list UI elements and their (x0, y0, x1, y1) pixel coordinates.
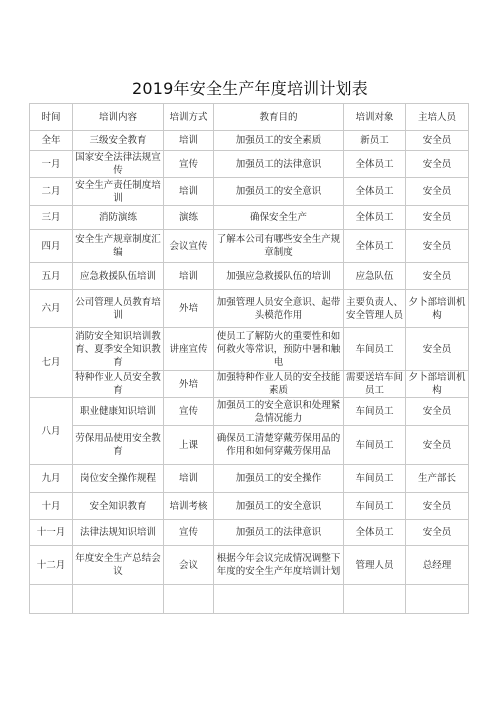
cell-target: 车间员工 (344, 398, 406, 426)
cell-time: 全年 (30, 131, 73, 151)
table-row: 十一月 法律法规知识培训 宣传 加强员工的法律意识 全体员工 安全员 (30, 520, 469, 546)
cell-purpose: 根据今年会议完成情况调整下年度的安全生产年度培训计划 (214, 546, 344, 585)
cell-purpose (214, 585, 344, 614)
table-row: 四月 安全生产规章制度汇编 会议宣传 了解本公司有哪些安全生产规章制度 全体员工… (30, 230, 469, 263)
table-row: 八月 职业健康知识培训 宣传 加强员工的安全意识和处理紧急情况能力 车间员工 安… (30, 398, 469, 426)
cell-purpose: 加强特种作业人员的安全技能素质 (214, 371, 344, 398)
cell-content: 职业健康知识培训 (73, 398, 164, 426)
cell-method (164, 585, 214, 614)
document-title: 2019年安全生产年度培训计划表 (0, 76, 500, 99)
cell-content: 消防演练 (73, 206, 164, 230)
cell-target: 新员工 (344, 131, 406, 151)
header-time: 时间 (30, 104, 73, 131)
cell-content: 国家安全法律法规宣传 (73, 151, 164, 178)
cell-method: 外培 (164, 371, 214, 398)
cell-method: 讲座宣传 (164, 328, 214, 371)
cell-method: 培训 (164, 131, 214, 151)
cell-content: 消防安全知识培训教育、夏季安全知识教育 (73, 328, 164, 371)
cell-purpose: 加强应急救援队伍的培训 (214, 263, 344, 290)
cell-content (73, 585, 164, 614)
cell-target: 全体员工 (344, 230, 406, 263)
cell-method: 宣传 (164, 520, 214, 546)
cell-trainer: 安全员 (406, 151, 469, 178)
cell-content: 劳保用品使用安全教育 (73, 426, 164, 465)
cell-target: 全体员工 (344, 178, 406, 206)
cell-target: 管理人员 (344, 546, 406, 585)
cell-target: 全体员工 (344, 206, 406, 230)
header-target: 培训对象 (344, 104, 406, 131)
cell-content: 安全知识教育 (73, 493, 164, 520)
table-row: 十二月 年度安全生产总结会议 会议 根据今年会议完成情况调整下年度的安全生产年度… (30, 546, 469, 585)
cell-trainer: 安全员 (406, 263, 469, 290)
cell-purpose: 加强管理人员安全意识、起带头模范作用 (214, 290, 344, 328)
cell-method: 外培 (164, 290, 214, 328)
header-method: 培训方式 (164, 104, 214, 131)
cell-target: 全体员工 (344, 520, 406, 546)
header-purpose: 教育目的 (214, 104, 344, 131)
cell-trainer: 夕卜部培训机构 (406, 371, 469, 398)
cell-trainer (406, 585, 469, 614)
cell-time: 十月 (30, 493, 73, 520)
cell-time: 十一月 (30, 520, 73, 546)
cell-content: 安全生产责任制度培训 (73, 178, 164, 206)
cell-trainer: 安全员 (406, 131, 469, 151)
cell-time: 十二月 (30, 546, 73, 585)
cell-purpose: 加强员工的安全意识 (214, 493, 344, 520)
cell-time: 五月 (30, 263, 73, 290)
cell-method: 上课 (164, 426, 214, 465)
cell-method: 培训 (164, 263, 214, 290)
table-row: 劳保用品使用安全教育 上课 确保员工清楚穿戴劳保用品的作用和如何穿戴劳保用品 车… (30, 426, 469, 465)
cell-trainer: 安全员 (406, 398, 469, 426)
cell-content: 法律法规知识培训 (73, 520, 164, 546)
cell-content: 三级安全教育 (73, 131, 164, 151)
cell-content: 岗位安全操作规程 (73, 465, 164, 493)
table-row: 三月 消防演练 演练 确保安全生产 全体员工 安全员 (30, 206, 469, 230)
cell-trainer: 安全员 (406, 328, 469, 371)
cell-content: 安全生产规章制度汇编 (73, 230, 164, 263)
cell-purpose: 加强员工的法律意识 (214, 520, 344, 546)
training-plan-table: 时间 培训内容 培训方式 教育目的 培训对象 主培人员 全年 三级安全教育 培训… (29, 103, 469, 614)
table-row: 五月 应急救援队伍培训 培训 加强应急救援队伍的培训 应急队伍 安全员 (30, 263, 469, 290)
cell-method: 培训 (164, 178, 214, 206)
table-row: 九月 岗位安全操作规程 培训 加强员工的安全操作 车间员工 生产部长 (30, 465, 469, 493)
table-row: 七月 消防安全知识培训教育、夏季安全知识教育 讲座宣传 使员工了解防火的重要性和… (30, 328, 469, 371)
cell-target: 需要送培车间员工 (344, 371, 406, 398)
header-content: 培训内容 (73, 104, 164, 131)
cell-trainer: 安全员 (406, 493, 469, 520)
table-row-empty (30, 585, 469, 614)
cell-time: 九月 (30, 465, 73, 493)
cell-trainer: 安全员 (406, 178, 469, 206)
cell-trainer: 安全员 (406, 230, 469, 263)
cell-trainer: 安全员 (406, 520, 469, 546)
cell-method: 演练 (164, 206, 214, 230)
table-row: 二月 安全生产责任制度培训 培训 加强员工的安全意识 全体员工 安全员 (30, 178, 469, 206)
cell-purpose: 确保安全生产 (214, 206, 344, 230)
cell-time: 三月 (30, 206, 73, 230)
cell-time: 二月 (30, 178, 73, 206)
cell-target: 主要负责人、安全管理人员 (344, 290, 406, 328)
cell-trainer: 安全员 (406, 426, 469, 465)
cell-target: 全体员工 (344, 151, 406, 178)
cell-time: 六月 (30, 290, 73, 328)
cell-trainer: 安全员 (406, 206, 469, 230)
cell-purpose: 使员工了解防火的重要性和如何救火等常识，预防中暑和触电 (214, 328, 344, 371)
cell-method: 培训 (164, 465, 214, 493)
cell-target: 车间员工 (344, 328, 406, 371)
cell-purpose: 加强员工的安全素质 (214, 131, 344, 151)
cell-time: 四月 (30, 230, 73, 263)
cell-time: 八月 (30, 398, 73, 465)
cell-method: 宣传 (164, 398, 214, 426)
cell-method: 会议宣传 (164, 230, 214, 263)
table-row: 一月 国家安全法律法规宣传 宣传 加强员工的法律意识 全体员工 安全员 (30, 151, 469, 178)
table-row: 六月 公司管理人员教育培训 外培 加强管理人员安全意识、起带头模范作用 主要负责… (30, 290, 469, 328)
cell-purpose: 加强员工的安全意识 (214, 178, 344, 206)
header-row: 时间 培训内容 培训方式 教育目的 培训对象 主培人员 (30, 104, 469, 131)
cell-method: 培训考核 (164, 493, 214, 520)
cell-content: 特种作业人员安全教育 (73, 371, 164, 398)
cell-target: 应急队伍 (344, 263, 406, 290)
cell-trainer: 夕卜部培训机构 (406, 290, 469, 328)
cell-time (30, 585, 73, 614)
cell-purpose: 了解本公司有哪些安全生产规章制度 (214, 230, 344, 263)
cell-purpose: 加强员工的安全意识和处理紧急情况能力 (214, 398, 344, 426)
cell-method: 会议 (164, 546, 214, 585)
cell-method: 宣传 (164, 151, 214, 178)
cell-time: 一月 (30, 151, 73, 178)
cell-content: 年度安全生产总结会议 (73, 546, 164, 585)
cell-target: 车间员工 (344, 493, 406, 520)
cell-trainer: 总经理 (406, 546, 469, 585)
cell-target: 车间员工 (344, 465, 406, 493)
header-trainer: 主培人员 (406, 104, 469, 131)
cell-purpose: 确保员工清楚穿戴劳保用品的作用和如何穿戴劳保用品 (214, 426, 344, 465)
cell-target: 车间员工 (344, 426, 406, 465)
cell-content: 公司管理人员教育培训 (73, 290, 164, 328)
cell-target (344, 585, 406, 614)
table-row: 特种作业人员安全教育 外培 加强特种作业人员的安全技能素质 需要送培车间员工 夕… (30, 371, 469, 398)
cell-trainer: 生产部长 (406, 465, 469, 493)
cell-purpose: 加强员工的法律意识 (214, 151, 344, 178)
cell-time: 七月 (30, 328, 73, 398)
cell-content: 应急救援队伍培训 (73, 263, 164, 290)
cell-purpose: 加强员工的安全操作 (214, 465, 344, 493)
table-row: 十月 安全知识教育 培训考核 加强员工的安全意识 车间员工 安全员 (30, 493, 469, 520)
table-row: 全年 三级安全教育 培训 加强员工的安全素质 新员工 安全员 (30, 131, 469, 151)
